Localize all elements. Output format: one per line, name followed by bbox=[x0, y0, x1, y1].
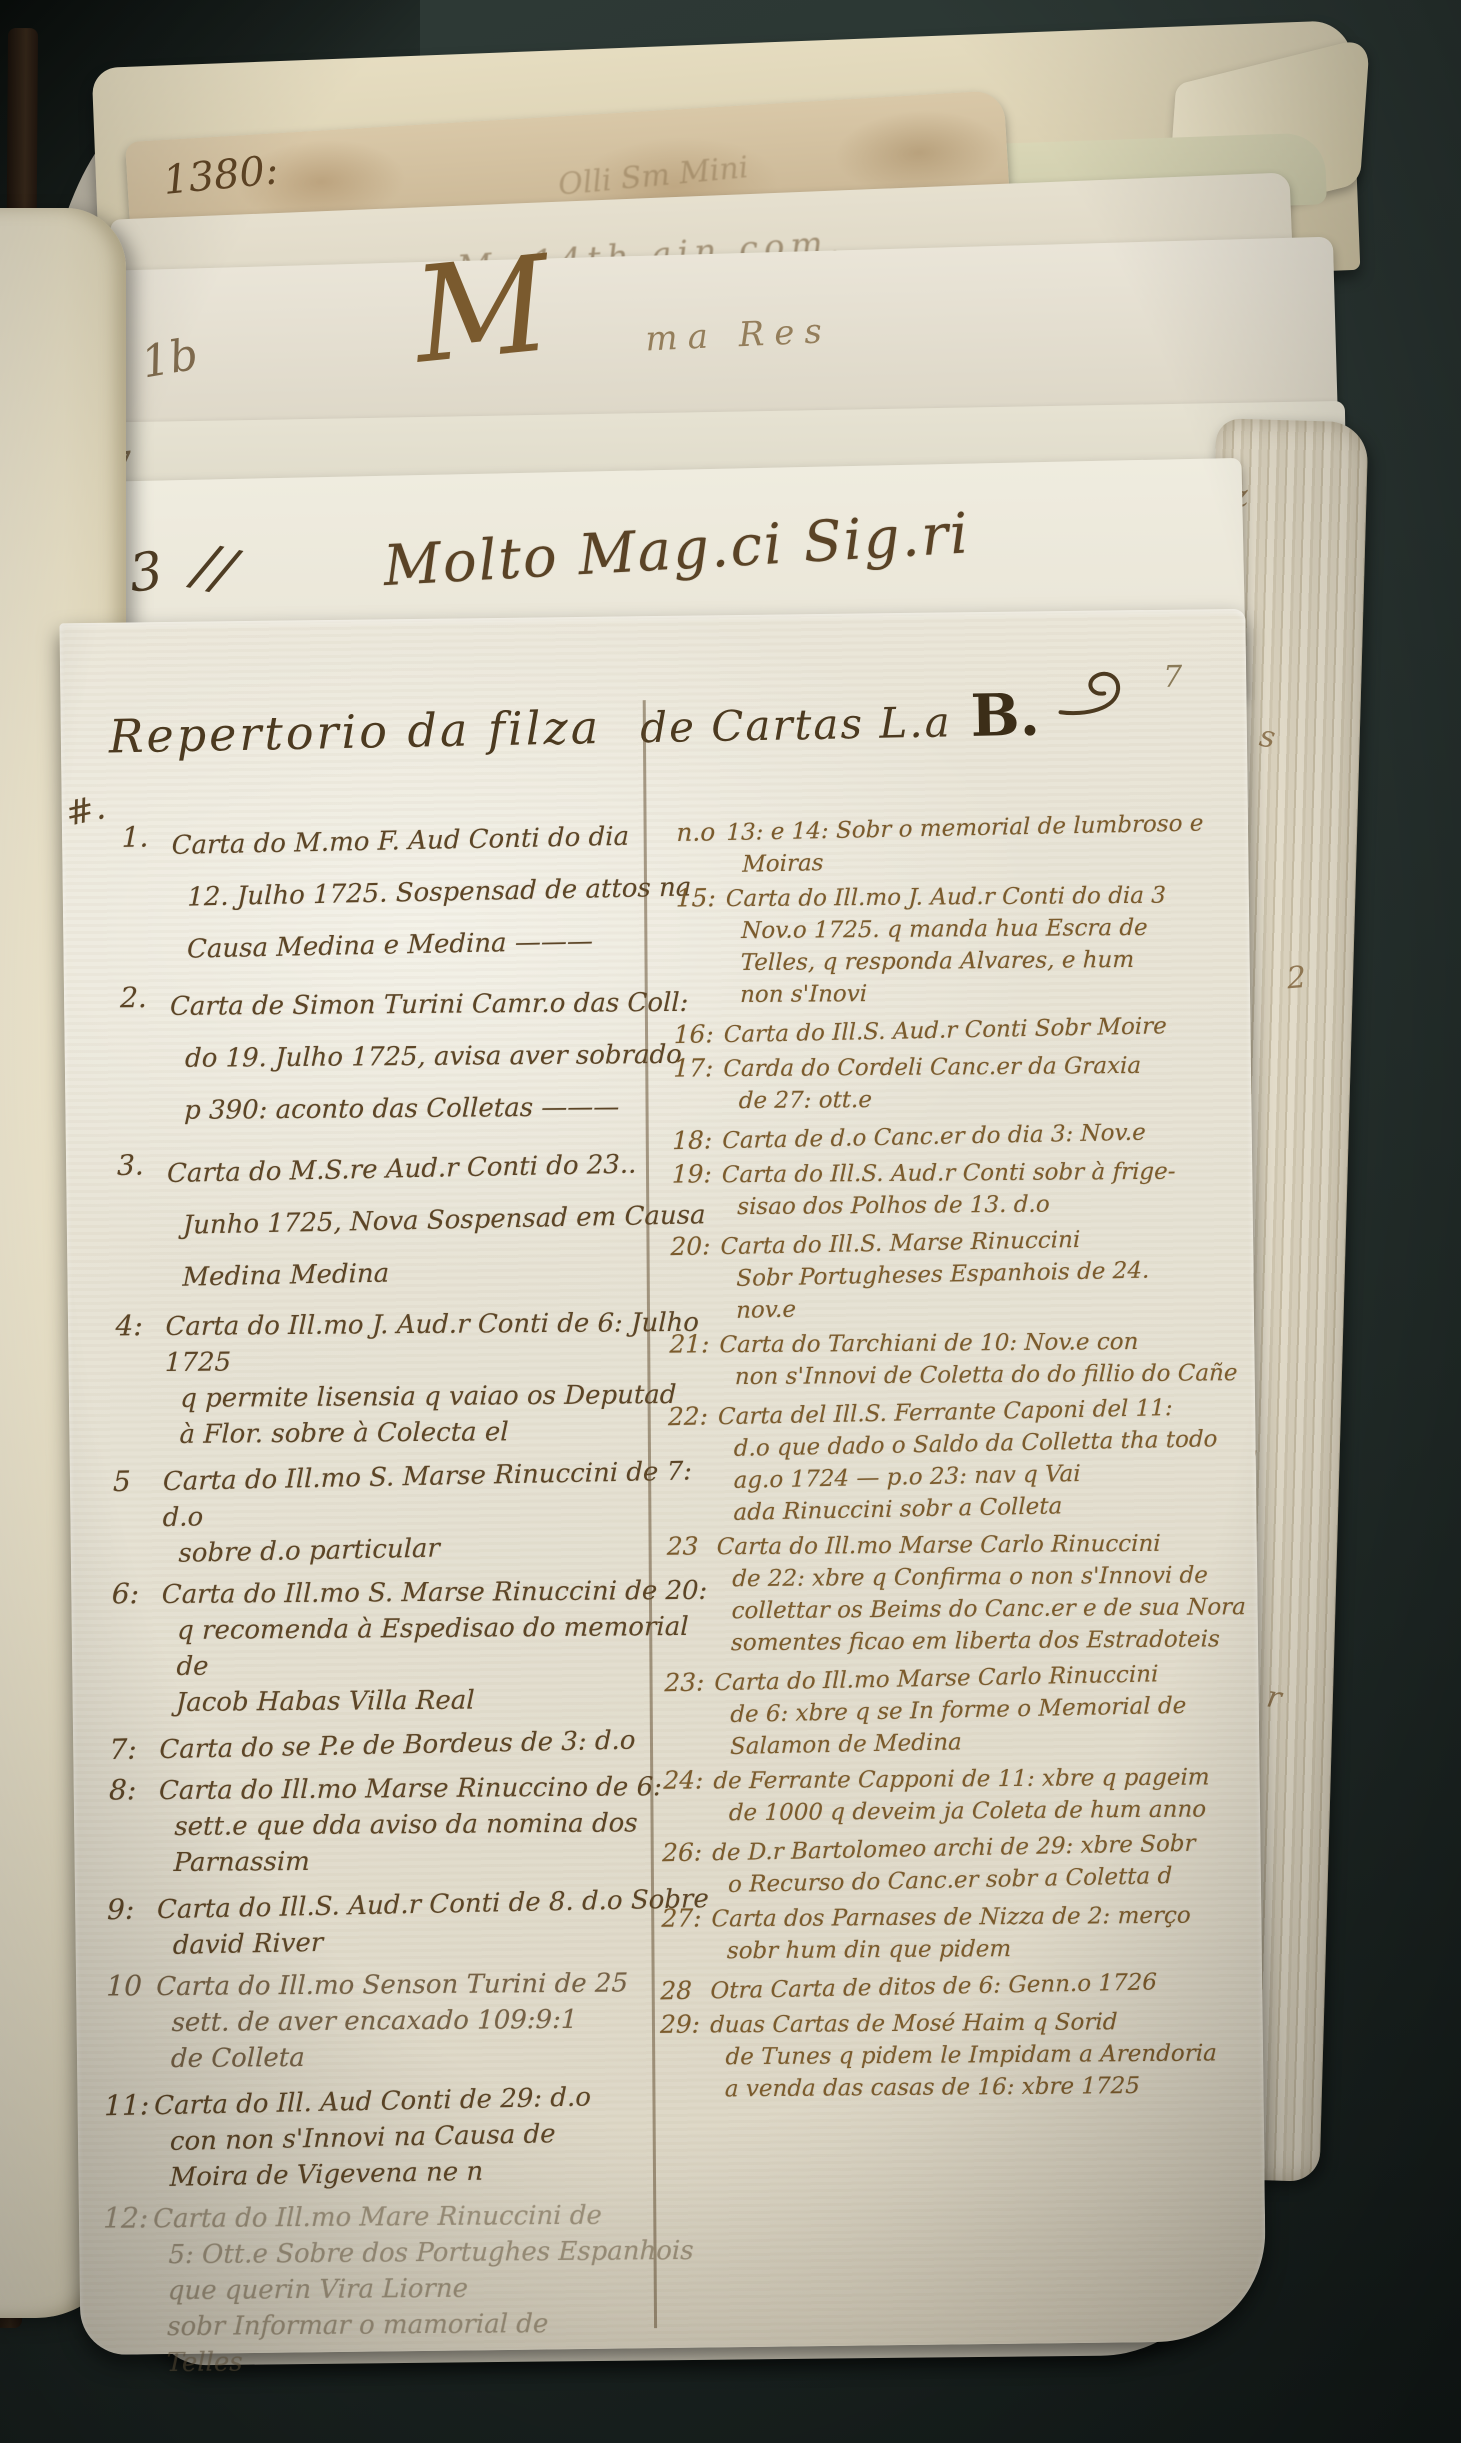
entry-line: de 22: xbre q Confirma o non s'Innovi de bbox=[716, 1559, 1248, 1595]
entry-line: de Colleta bbox=[155, 2037, 712, 2077]
index-entry: 18:Carta de d.o Canc.er do dia 3: Nov.e bbox=[668, 1114, 1253, 1158]
entry-number: 26: bbox=[662, 1837, 702, 1867]
title-flourish-icon bbox=[1054, 665, 1129, 720]
entry-number: 4: bbox=[115, 1309, 143, 1342]
entry-line: Carta do Ill.mo Marse Carlo Rinuccini bbox=[717, 1527, 1249, 1563]
index-entry: 8:Carta do Ill.mo Marse Rinuccino de 6:s… bbox=[103, 1769, 715, 1882]
index-right-column: n.o13: e 14: Sobr o memorial de lumbroso… bbox=[655, 809, 1258, 2112]
entry-line: p 390: aconto das Colletas ——— bbox=[168, 1081, 725, 1137]
entry-line: do 19. Julho 1725, avisa aver sobrado bbox=[169, 1029, 726, 1085]
entry-line: Telles bbox=[150, 2341, 707, 2381]
entry-line: Carta do Ill.mo Senson Turini de 25 bbox=[156, 1965, 713, 2005]
page-title-left: Repertorio da filza bbox=[108, 700, 601, 763]
index-entry: 5Carta do Ill.mo S. Marse Rinuccini de 7… bbox=[108, 1453, 719, 1573]
entry-line: sett.e que dda aviso da nomina dos bbox=[158, 1805, 715, 1845]
entry-line: Carta do se P.e de Bordeus de 3: d.o bbox=[159, 1721, 715, 1768]
index-entry: 22:Carta del Ill.S. Ferrante Caponi del … bbox=[663, 1391, 1249, 1531]
entry-number: 10 bbox=[106, 1969, 142, 2002]
entry-line: Carta de d.o Canc.er do dia 3: Nov.e bbox=[722, 1114, 1253, 1157]
entry-number: 21: bbox=[669, 1329, 709, 1358]
entry-number: 15: bbox=[676, 883, 716, 912]
entry-line: Causa Medina e Medina ——— bbox=[171, 913, 727, 976]
index-entry: 11:Carta do Ill. Aud Conti de 29: d.ocon… bbox=[100, 2077, 711, 2197]
entry-line: Parnassim bbox=[157, 1841, 714, 1881]
index-entry: n.o13: e 14: Sobr o memorial de lumbroso… bbox=[672, 806, 1257, 882]
entry-line: Carta do Ill.mo S. Marse Rinuccini de 20… bbox=[161, 1573, 718, 1613]
entry-number: 6: bbox=[112, 1577, 140, 1610]
folio-mark: 3 bbox=[126, 541, 166, 605]
entry-line: Carta do Ill.mo J. Aud.r Conti de 6: Jul… bbox=[165, 1305, 722, 1381]
entry-line: Carta de Simon Turini Camr.o das Coll: bbox=[170, 977, 727, 1033]
entry-line: non s'Inovi bbox=[724, 975, 1256, 1011]
entry-number: 7: bbox=[109, 1733, 137, 1767]
entry-number: 16: bbox=[674, 1019, 714, 1049]
fore-edge-mark: s bbox=[1257, 719, 1278, 756]
page-title-right: de Cartas L.a bbox=[640, 697, 952, 752]
page-title: Repertorio da filza de Cartas L.a B. bbox=[108, 664, 1190, 795]
index-entry: 26:de D.r Bartolomeo archi de 29: xbre S… bbox=[658, 1827, 1243, 1903]
title-letter-b: B. bbox=[970, 681, 1041, 750]
entry-line: sisao dos Polhos de 13. d.o bbox=[721, 1187, 1253, 1223]
entry-line: Carta do Ill.mo Marse Rinuccino de 6: bbox=[159, 1769, 716, 1809]
index-entry: 7:Carta do se P.e de Bordeus de 3: d.o bbox=[105, 1721, 715, 1769]
monogram-tail-script: ma Res bbox=[645, 311, 833, 359]
entry-line: q permite lisensia q vaiao os Deputad bbox=[164, 1377, 721, 1417]
index-entry: 6:Carta do Ill.mo S. Marse Rinuccini de … bbox=[106, 1573, 719, 1722]
entry-number: 20: bbox=[670, 1231, 710, 1261]
entry-number: 17: bbox=[673, 1053, 713, 1082]
index-entry: 28Otra Carta de ditos de 6: Genn.o 1726 bbox=[656, 1965, 1241, 2009]
entry-line: a venda das casas de 16: xbre 1725 bbox=[709, 2069, 1241, 2105]
entry-line: de 1000 q deveim ja Coleta de hum anno bbox=[713, 1793, 1245, 1829]
entry-number: 11: bbox=[104, 2088, 149, 2122]
entry-line: de Ferrante Capponi de 11: xbre q pageim bbox=[713, 1761, 1245, 1797]
entry-line: Telles, q responda Alvares, e hum bbox=[724, 943, 1256, 979]
entry-line: Medina Medina bbox=[166, 1241, 722, 1304]
index-entry: 17:Carda do Cordeli Canc.er da Graxiade … bbox=[668, 1049, 1254, 1118]
index-entry: 27:Carta dos Parnases de Nizza de 2: mer… bbox=[657, 1899, 1243, 1968]
entry-number: 23: bbox=[664, 1667, 704, 1697]
entry-number: 9: bbox=[107, 1893, 135, 1927]
index-entry: 12:Carta do Ill.mo Mare Rinuccini de5: O… bbox=[96, 2197, 709, 2382]
index-entry: 4:Carta do Ill.mo J. Aud.r Conti de 6: J… bbox=[109, 1305, 722, 1454]
entry-line: duas Cartas de Mosé Haim q Sorid bbox=[710, 2005, 1242, 2041]
index-left-column: 1.Carta do M.mo F. Aud Conti do dia12. J… bbox=[96, 811, 728, 2391]
entry-line: Otra Carta de ditos de 6: Genn.o 1726 bbox=[710, 1965, 1241, 2008]
entry-line: q recomenda à Espedisao do memorial de bbox=[160, 1609, 717, 1685]
archival-photo: 1380: Olli Sm Mini p M: 14th ain com. 1b… bbox=[0, 0, 1461, 2443]
index-entry: 21:Carta do Tarchiani de 10: Nov.e conno… bbox=[665, 1325, 1251, 1394]
entry-line: Nov.o 1725. q manda hua Escra de bbox=[725, 911, 1257, 947]
margin-script-mark: #. bbox=[62, 787, 109, 835]
margin-script-mark: 1b bbox=[138, 329, 202, 389]
monogram-letter: M bbox=[408, 238, 555, 383]
index-entry: 15:Carta do Ill.mo J. Aud.r Conti do dia… bbox=[670, 879, 1257, 1012]
index-entry: 10Carta do Ill.mo Senson Turini de 25set… bbox=[101, 1965, 713, 2078]
entry-number: 18: bbox=[672, 1125, 712, 1155]
fore-edge-mark: 2 bbox=[1286, 960, 1308, 996]
index-entry: 23Carta do Ill.mo Marse Carlo Rinuccinid… bbox=[661, 1527, 1248, 1660]
folio-slashes: // bbox=[188, 530, 241, 605]
index-entry: 19:Carta do Ill.S. Aud.r Conti sobr à fr… bbox=[667, 1155, 1253, 1224]
index-entry: 9:Carta do Ill.S. Aud.r Conti de 8. d.o … bbox=[103, 1881, 713, 1965]
entry-line: Carta do Tarchiani de 10: Nov.e con bbox=[719, 1325, 1251, 1361]
entry-number: 2. bbox=[120, 981, 147, 1014]
entry-line: de Tunes q pidem le Impidam a Arendoria bbox=[709, 2037, 1241, 2073]
entry-line: Carta do Ill.mo S. Marse Rinuccini de 7:… bbox=[163, 1453, 719, 1536]
entry-line: Carta dos Parnases de Nizza de 2: merço bbox=[711, 1899, 1243, 1935]
entry-number: 22: bbox=[668, 1401, 708, 1431]
entry-number: 3. bbox=[117, 1148, 144, 1182]
entry-line: sobr Informar o mamorial de bbox=[151, 2305, 708, 2345]
entry-number: n.o bbox=[676, 817, 715, 847]
fore-edge-mark: r bbox=[1264, 1679, 1284, 1716]
entry-number: 27: bbox=[661, 1903, 701, 1932]
entry-number: 23 bbox=[667, 1531, 699, 1560]
entry-line: Carta do Ill.S. Aud.r Conti sobr à frige… bbox=[722, 1155, 1254, 1191]
entry-line: de 27: ott.e bbox=[722, 1081, 1254, 1117]
address-heading: Molto Mag.ci Sig.ri bbox=[382, 501, 972, 599]
index-entry: 3.Carta do M.S.re Aud.r Conti do 23..Jun… bbox=[112, 1137, 723, 1305]
entry-line: collettar os Beims do Canc.er e de sua N… bbox=[715, 1591, 1247, 1627]
entry-line: Jacob Habas Villa Real bbox=[160, 1681, 717, 1721]
index-entry: 2.Carta de Simon Turini Camr.o das Coll:… bbox=[114, 977, 727, 1138]
entry-number: 8: bbox=[109, 1773, 137, 1806]
entry-line: Carda do Cordeli Canc.er da Graxia bbox=[723, 1049, 1255, 1085]
entry-line: 5: Ott.e Sobre dos Portughes Espanhois bbox=[152, 2233, 709, 2273]
index-entry: 29:duas Cartas de Mosé Haim q Soridde Tu… bbox=[655, 2005, 1242, 2106]
entry-line: Carta do Ill.mo Mare Rinuccini de bbox=[153, 2197, 710, 2237]
entry-number: 12: bbox=[103, 2201, 149, 2234]
entry-number: 29: bbox=[660, 2009, 700, 2038]
entry-line: Carta do Ill.mo J. Aud.r Conti do dia 3 bbox=[726, 879, 1258, 915]
index-entry: 1.Carta do M.mo F. Aud Conti do dia12. J… bbox=[117, 809, 728, 977]
entry-number: 28 bbox=[660, 1976, 692, 2006]
bundle-number-label: 1380: bbox=[161, 147, 280, 204]
entry-line: Carta do Ill.S. Aud.r Conti Sobr Moire bbox=[724, 1008, 1255, 1051]
index-entry: 16:Carta do Ill.S. Aud.r Conti Sobr Moir… bbox=[670, 1008, 1255, 1052]
index-entry: 20:Carta do Ill.S. Marse RinucciniSobr P… bbox=[666, 1220, 1252, 1328]
entry-number: 1. bbox=[122, 820, 149, 854]
entry-line: sobr hum din que pidem bbox=[711, 1931, 1243, 1967]
entry-line: sett. de aver encaxado 109:9:1 bbox=[155, 2001, 712, 2041]
index-entry: 23:Carta do Ill.mo Marse Carlo Rinuccini… bbox=[660, 1657, 1246, 1765]
entry-line: somentes ficao em liberta dos Estradotei… bbox=[715, 1623, 1247, 1659]
index-entry: 24:de Ferrante Capponi de 11: xbre q pag… bbox=[659, 1761, 1245, 1830]
entry-number: 5 bbox=[113, 1465, 131, 1498]
entry-line: que querin Vira Liorne bbox=[152, 2269, 709, 2309]
entry-number: 19: bbox=[672, 1159, 712, 1188]
entry-line: à Flor. sobre à Colecta el bbox=[163, 1413, 720, 1453]
repertorio-page: 7 Repertorio da filza de Cartas L.a B. #… bbox=[59, 609, 1266, 2355]
entry-number: 24: bbox=[663, 1765, 703, 1794]
entry-line: non s'Innovi de Coletta do do fillio do … bbox=[719, 1357, 1251, 1393]
